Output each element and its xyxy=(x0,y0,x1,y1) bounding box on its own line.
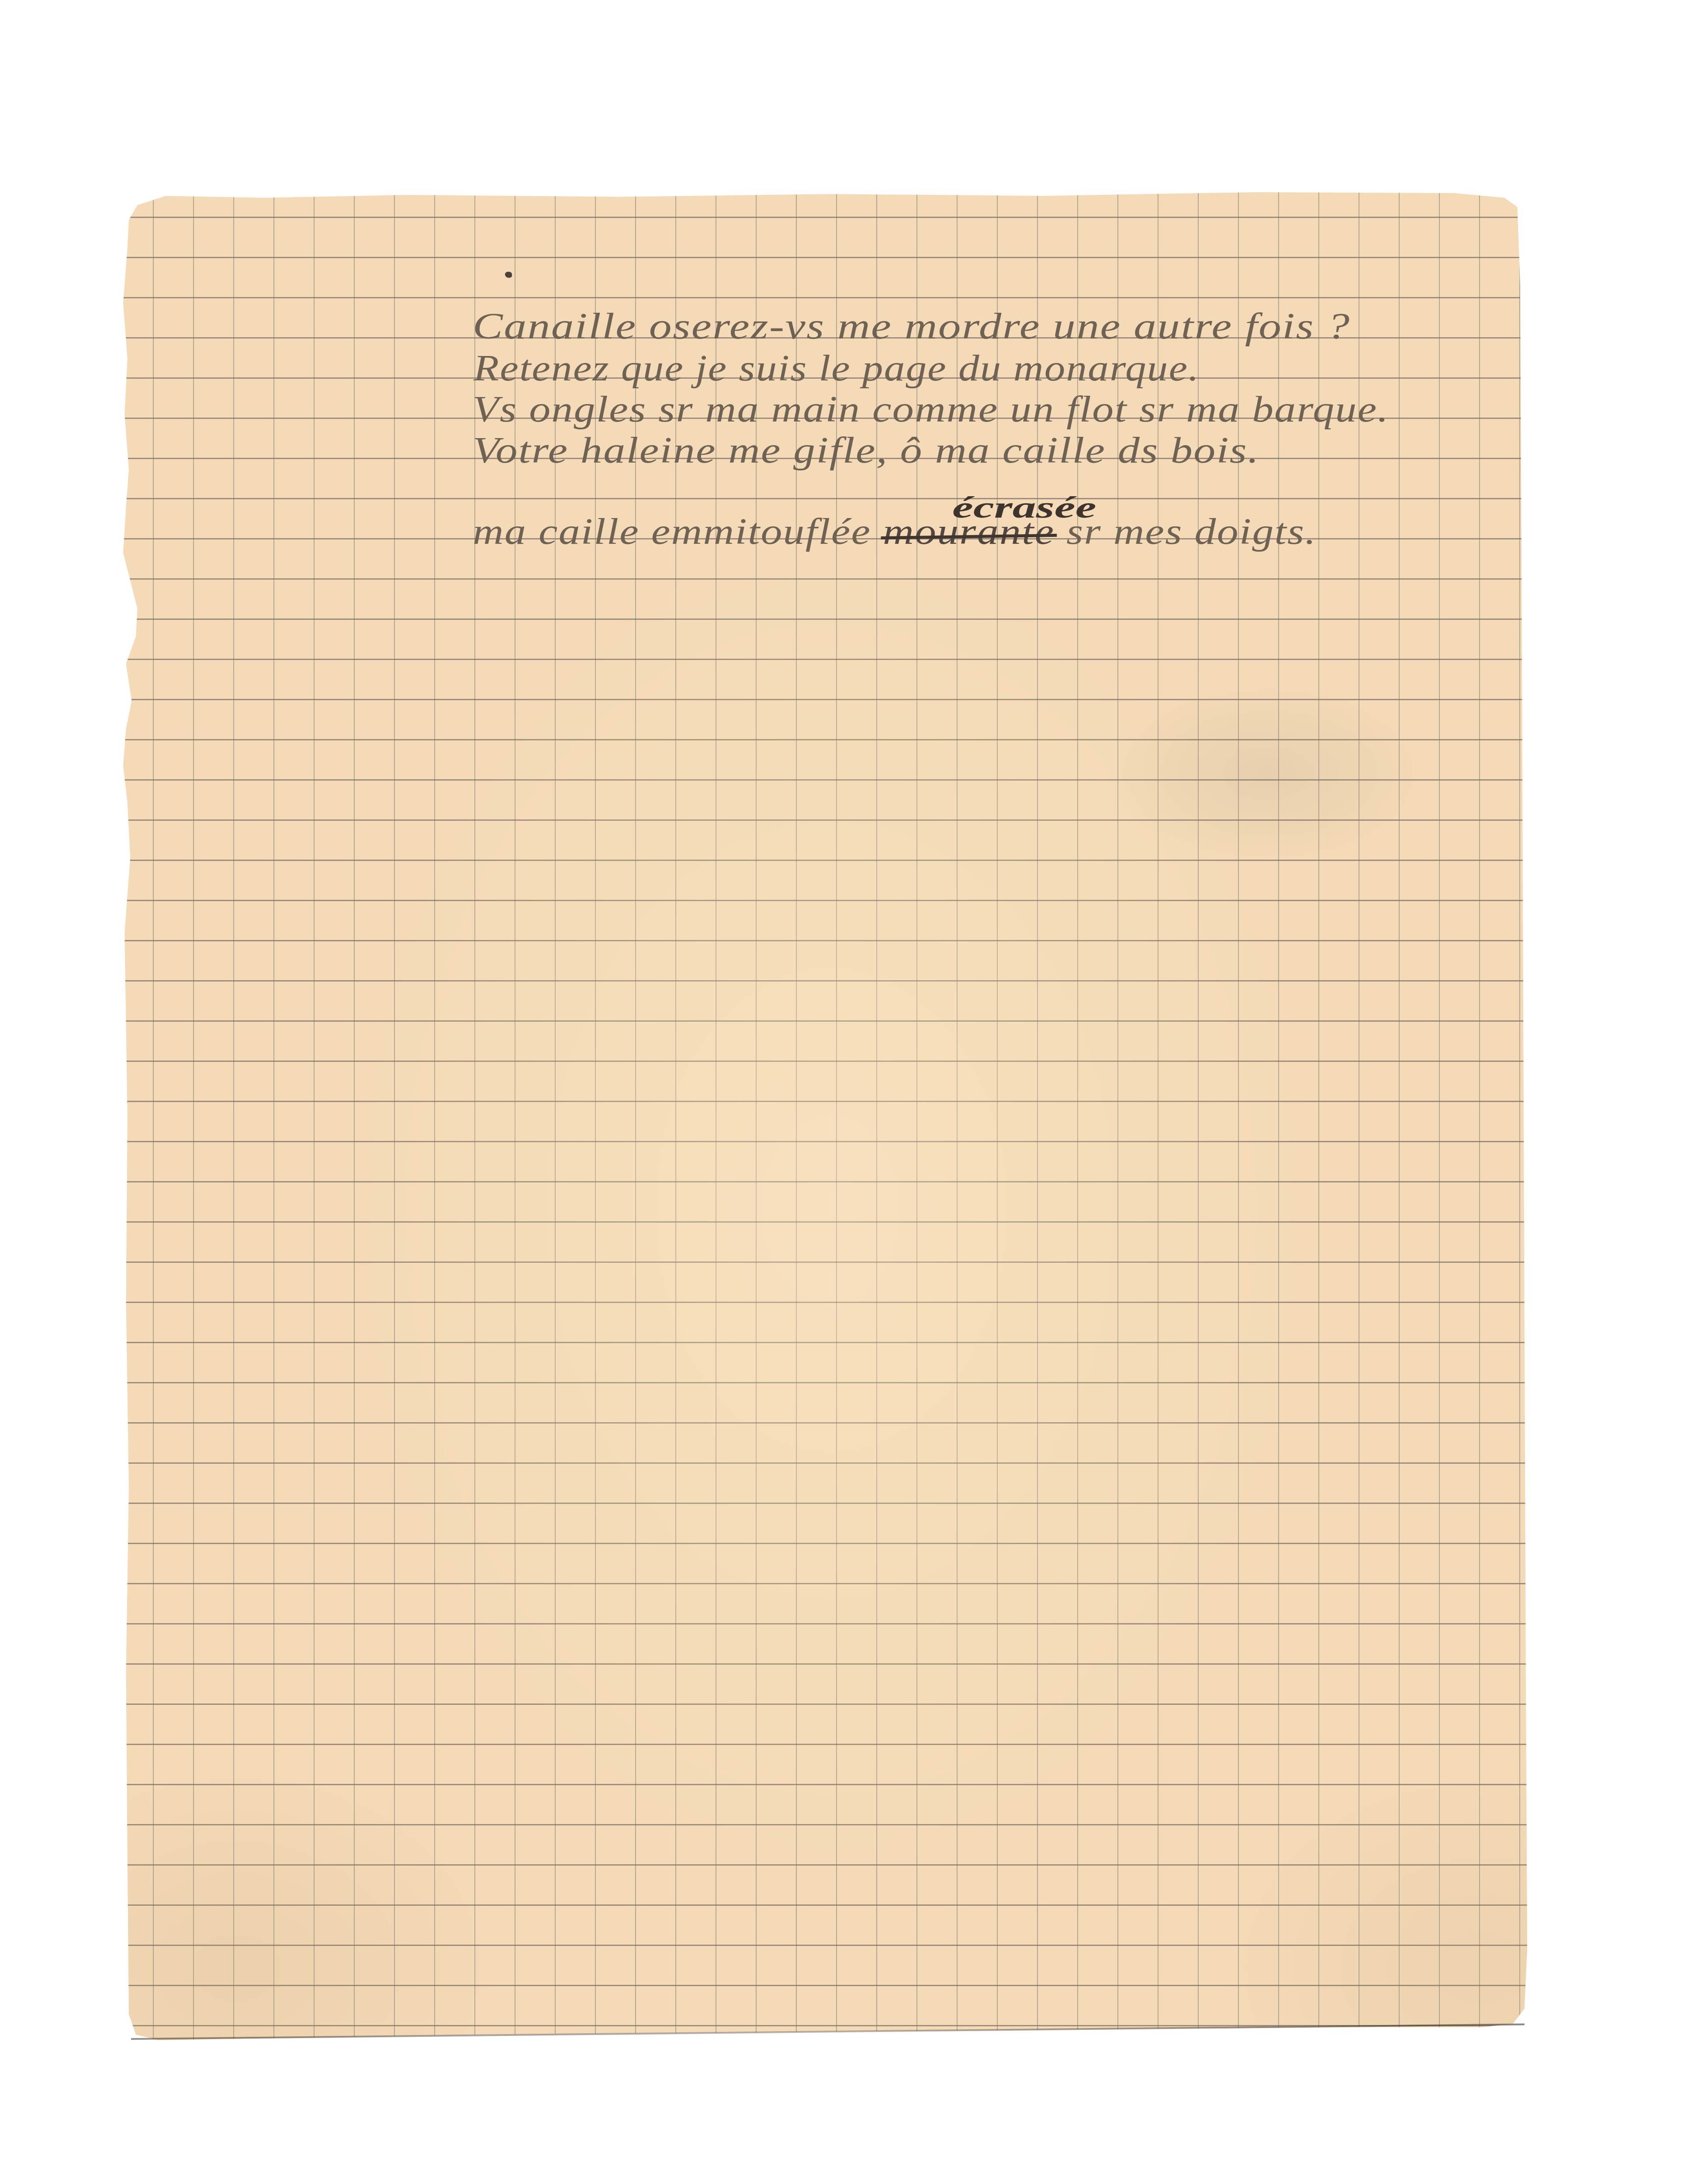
manuscript-line-2: Retenez que je suis le page du monarque. xyxy=(474,350,1200,387)
inserted-correction: écrasée xyxy=(952,493,1096,523)
manuscript-line-4: Votre haleine me gifle, ô ma caille ds b… xyxy=(473,432,1260,469)
ink-blot xyxy=(505,272,512,278)
line-5-start: ma caille emmitouflée xyxy=(473,511,883,552)
manuscript-line-5: ma caille emmitouflée mourante sr mes do… xyxy=(473,514,1317,550)
manuscript-line-1: Canaille oserez-vs me mordre une autre f… xyxy=(473,308,1351,345)
manuscript-line-3: Vs ongles sr ma main comme un flot sr ma… xyxy=(473,391,1389,428)
